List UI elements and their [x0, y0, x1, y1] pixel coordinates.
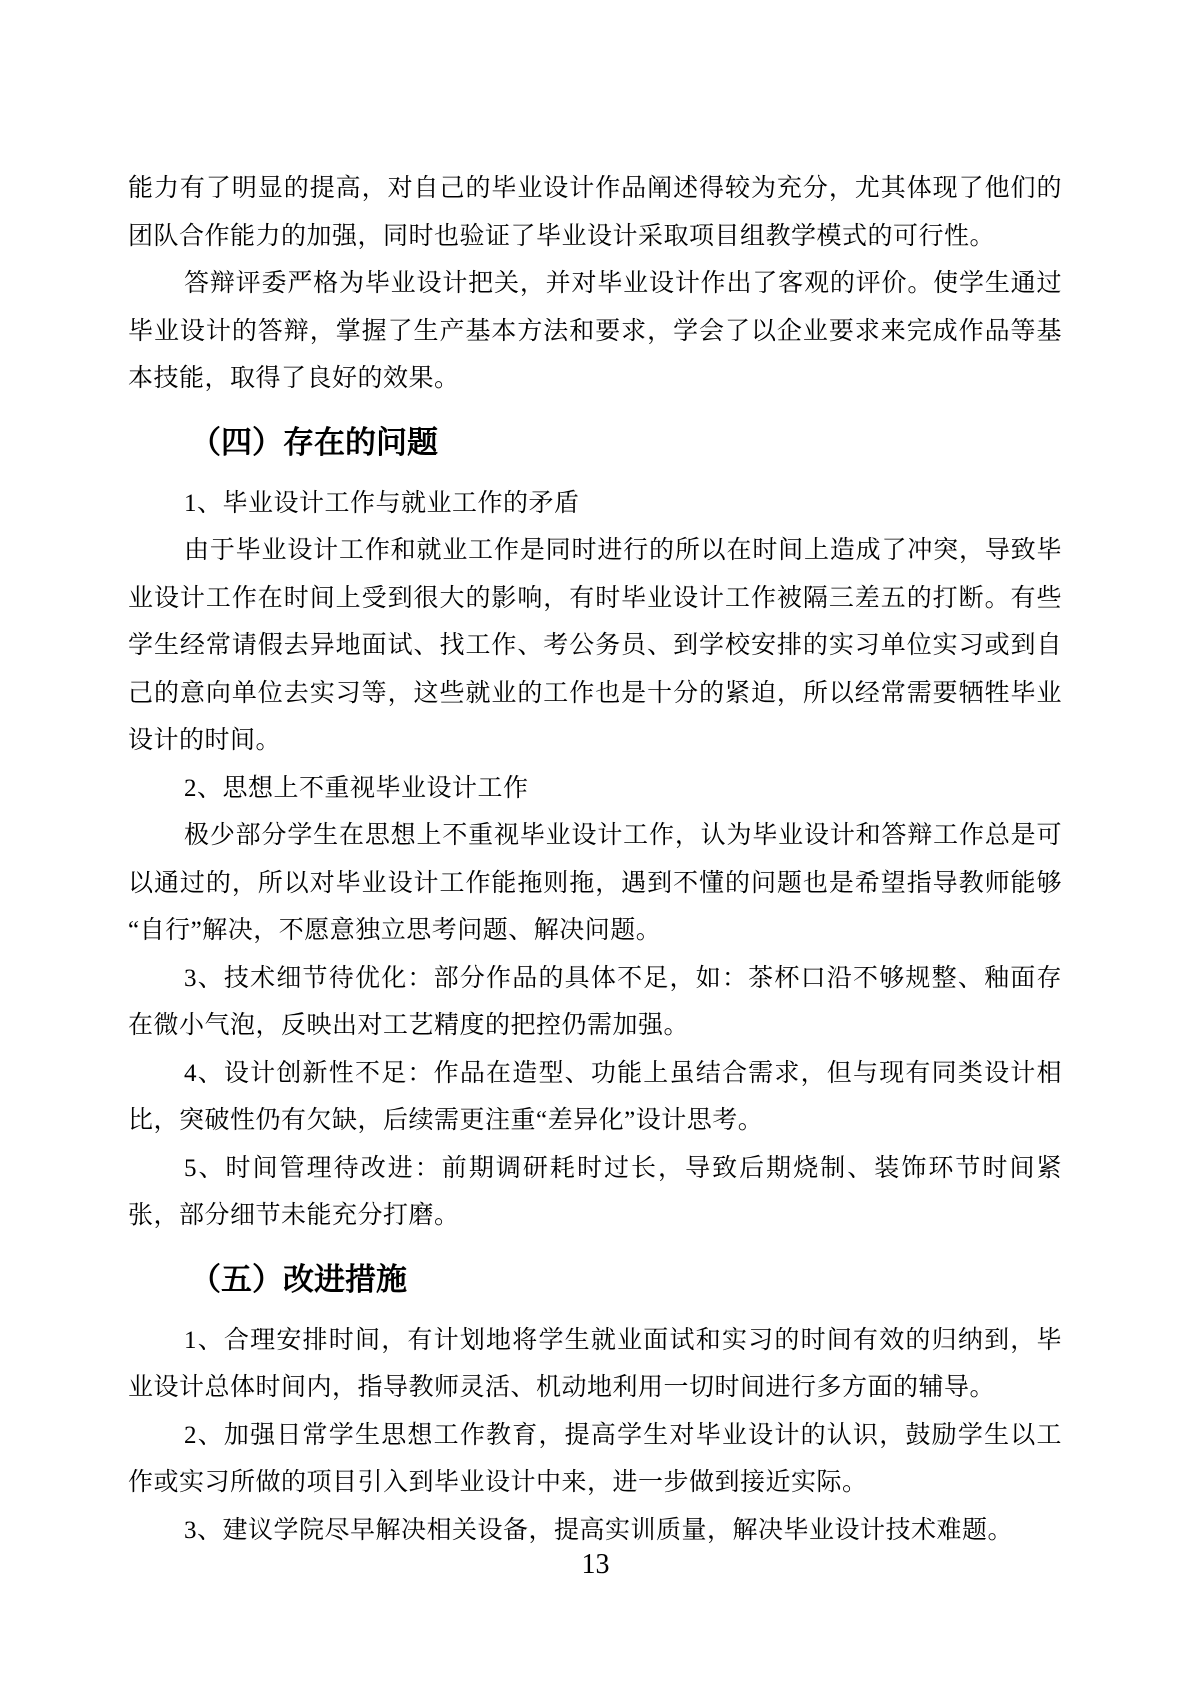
body-paragraph: 1、毕业设计工作与就业工作的矛盾: [128, 480, 1062, 528]
body-paragraph: 3、技术细节待优化：部分作品的具体不足，如：茶杯口沿不够规整、釉面存在微小气泡，…: [128, 955, 1062, 1050]
body-paragraph: 1、合理安排时间，有计划地将学生就业面试和实习的时间有效的归纳到，毕业设计总体时…: [128, 1317, 1062, 1412]
body-paragraph: 由于毕业设计工作和就业工作是同时进行的所以在时间上造成了冲突，导致毕业设计工作在…: [128, 527, 1062, 765]
section-heading: （五）改进措施: [128, 1256, 1062, 1304]
page-number: 13: [0, 1550, 1191, 1580]
body-paragraph: 能力有了明显的提高，对自己的毕业设计作品阐述得较为充分，尤其体现了他们的团队合作…: [128, 165, 1062, 260]
body-paragraph: 极少部分学生在思想上不重视毕业设计工作，认为毕业设计和答辩工作总是可以通过的，所…: [128, 812, 1062, 955]
body-paragraph: 答辩评委严格为毕业设计把关，并对毕业设计作出了客观的评价。使学生通过毕业设计的答…: [128, 260, 1062, 403]
body-paragraph: 2、加强日常学生思想工作教育，提高学生对毕业设计的认识，鼓励学生以工作或实习所做…: [128, 1412, 1062, 1507]
body-paragraph: 3、建议学院尽早解决相关设备，提高实训质量，解决毕业设计技术难题。: [128, 1507, 1062, 1555]
body-paragraph: 5、时间管理待改进：前期调研耗时过长，导致后期烧制、装饰环节时间紧张，部分细节未…: [128, 1145, 1062, 1240]
document-content: 能力有了明显的提高，对自己的毕业设计作品阐述得较为充分，尤其体现了他们的团队合作…: [128, 165, 1062, 1554]
body-paragraph: 4、设计创新性不足：作品在造型、功能上虽结合需求，但与现有同类设计相比，突破性仍…: [128, 1050, 1062, 1145]
body-paragraph: 2、思想上不重视毕业设计工作: [128, 765, 1062, 813]
section-heading: （四）存在的问题: [128, 419, 1062, 467]
document-page: 能力有了明显的提高，对自己的毕业设计作品阐述得较为充分，尤其体现了他们的团队合作…: [0, 0, 1191, 1684]
